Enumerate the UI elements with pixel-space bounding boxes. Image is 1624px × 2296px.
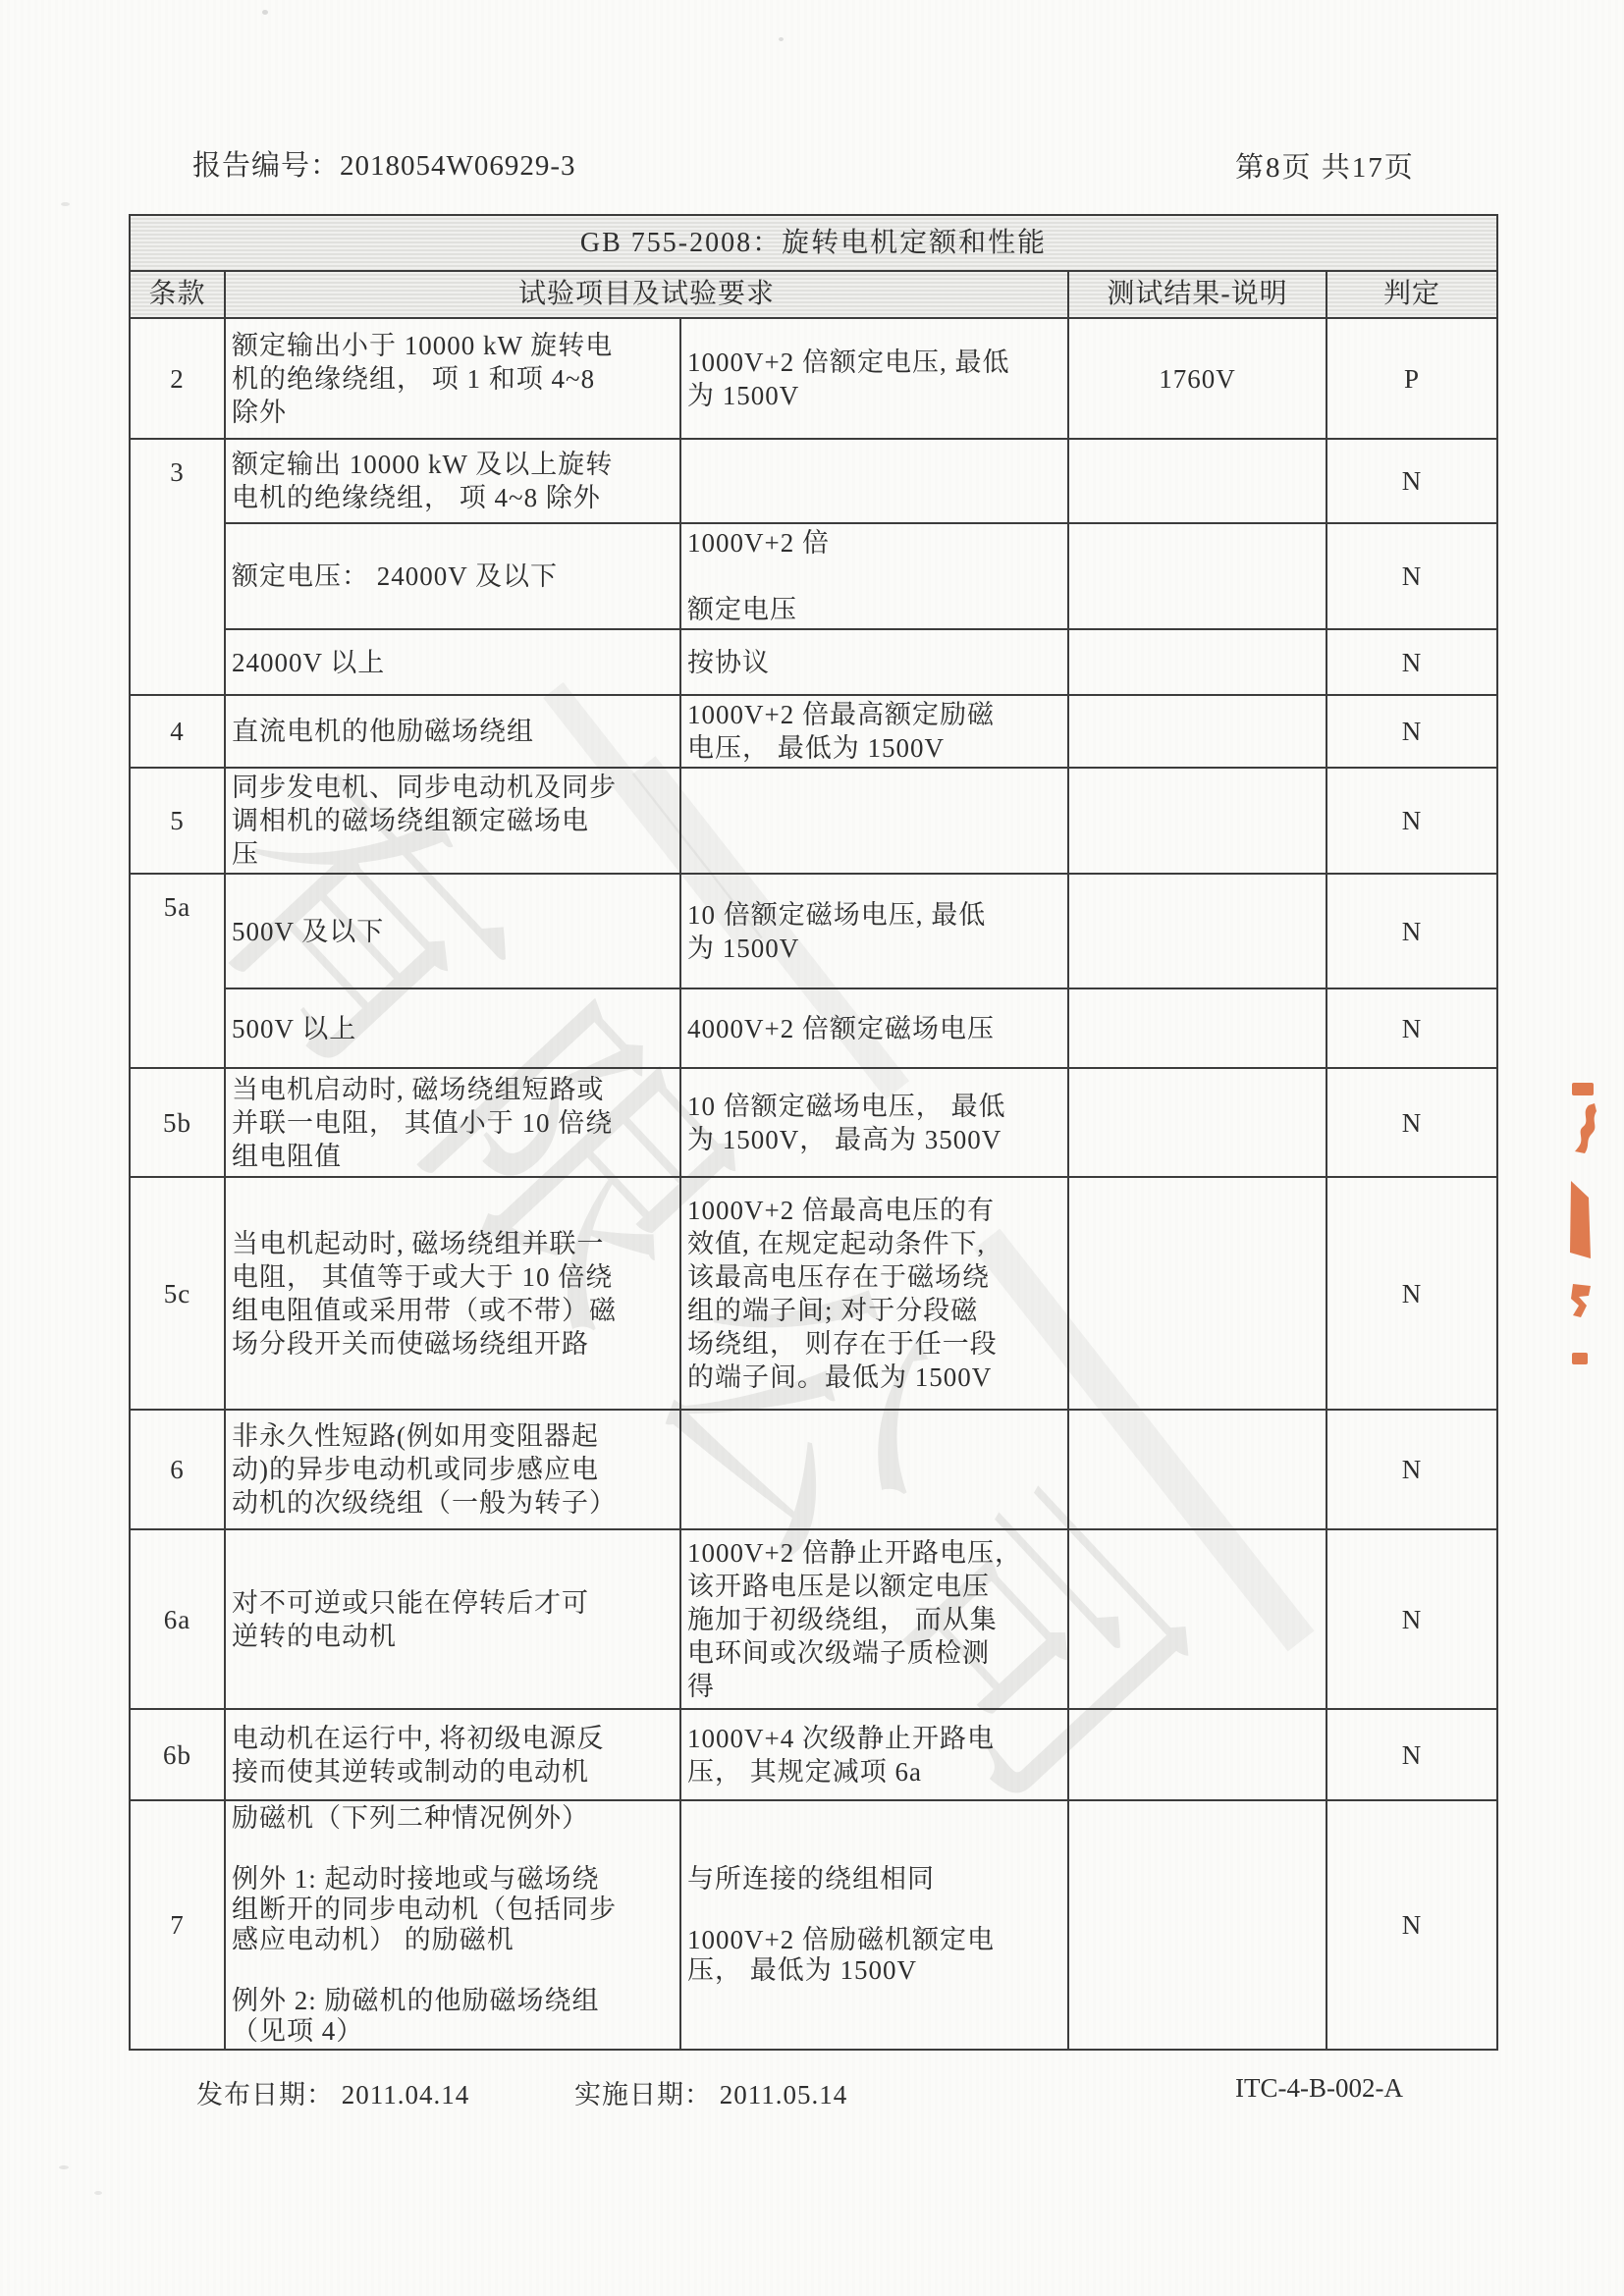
requirement-cell: 1000V+2 倍 额定电压 <box>680 523 1068 629</box>
table-title: GB 755-2008：旋转电机定额和性能 <box>130 215 1497 271</box>
scan-speck <box>262 10 268 15</box>
clause-cell: 6 <box>130 1410 225 1529</box>
table-row: 5c 当电机起动时, 磁场绕组并联一 电阻， 其值等于或大于 10 倍绕 组电阻… <box>130 1177 1497 1410</box>
item-cell: 励磁机（下列二种情况例外） 例外 1: 起动时接地或与磁场绕 组断开的同步电动机… <box>225 1800 680 2050</box>
implementation-date: 实施日期： 2011.05.14 <box>574 2073 847 2111</box>
item-cell: 24000V 以上 <box>225 629 680 695</box>
result-cell <box>1068 1068 1326 1177</box>
result-cell: 1760V <box>1068 318 1326 439</box>
requirement-cell: 10 倍额定磁场电压， 最低 为 1500V， 最高为 3500V <box>680 1068 1068 1177</box>
scanned-report-page: { "page": { "report_label": "报告编号：201805… <box>0 0 1624 2296</box>
clause-cell: 3 <box>130 439 225 695</box>
verdict-cell: N <box>1326 1709 1497 1800</box>
table-row: 6a 对不可逆或只能在停转后才可 逆转的电动机 1000V+2 倍静止开路电压，… <box>130 1529 1497 1709</box>
requirement-cell: 1000V+2 倍最高额定励磁 电压， 最低为 1500V <box>680 695 1068 768</box>
table-row: 6b 电动机在运行中, 将初级电源反 接而使其逆转或制动的电动机 1000V+4… <box>130 1709 1497 1800</box>
paging-seal-fragment-icon <box>1551 1070 1624 1384</box>
result-cell <box>1068 1177 1326 1410</box>
requirement-cell <box>680 439 1068 523</box>
clause-cell: 6b <box>130 1709 225 1800</box>
result-cell <box>1068 1410 1326 1529</box>
verdict-cell: N <box>1326 874 1497 988</box>
report-number: 报告编号：2018054W06929-3 <box>192 143 576 184</box>
item-cell: 500V 以上 <box>225 988 680 1068</box>
result-cell <box>1068 1709 1326 1800</box>
page-indicator: 第8页 共17页 <box>1235 145 1415 186</box>
clause-cell: 6a <box>130 1529 225 1709</box>
clause-cell: 5a <box>130 874 225 1068</box>
result-cell <box>1068 523 1326 629</box>
table-row: 4 直流电机的他励磁场绕组 1000V+2 倍最高额定励磁 电压， 最低为 15… <box>130 695 1497 768</box>
result-cell <box>1068 695 1326 768</box>
issue-date: 发布日期： 2011.04.14 <box>196 2073 469 2111</box>
clause-cell: 5 <box>130 768 225 874</box>
table-row: 2 额定输出小于 10000 kW 旋转电 机的绝缘绕组， 项 1 和项 4~8… <box>130 318 1497 439</box>
col-header-clause: 条款 <box>130 271 225 318</box>
requirement-cell: 与所连接的绕组相同 1000V+2 倍励磁机额定电 压， 最低为 1500V <box>680 1800 1068 2050</box>
table-row: 7 励磁机（下列二种情况例外） 例外 1: 起动时接地或与磁场绕 组断开的同步电… <box>130 1800 1497 2050</box>
table-row: 500V 以上 4000V+2 倍额定磁场电压 N <box>130 988 1497 1068</box>
table-row: 额定电压： 24000V 及以下 1000V+2 倍 额定电压 N <box>130 523 1497 629</box>
clause-cell: 7 <box>130 1800 225 2050</box>
result-cell <box>1068 874 1326 988</box>
item-cell: 当电机启动时, 磁场绕组短路或 并联一电阻， 其值小于 10 倍绕 组电阻值 <box>225 1068 680 1177</box>
table-row: 5a 500V 及以下 10 倍额定磁场电压, 最低 为 1500V N <box>130 874 1497 988</box>
item-cell: 电动机在运行中, 将初级电源反 接而使其逆转或制动的电动机 <box>225 1709 680 1800</box>
item-cell: 直流电机的他励磁场绕组 <box>225 695 680 768</box>
item-cell: 同步发电机、同步电动机及同步 调相机的磁场绕组额定磁场电 压 <box>225 768 680 874</box>
clause-cell: 5b <box>130 1068 225 1177</box>
verdict-cell: N <box>1326 988 1497 1068</box>
verdict-cell: N <box>1326 1529 1497 1709</box>
scan-speck <box>61 202 70 206</box>
table-header-row: 条款 试验项目及试验要求 测试结果-说明 判定 <box>130 271 1497 318</box>
verdict-cell: N <box>1326 768 1497 874</box>
item-cell: 额定输出 10000 kW 及以上旋转 电机的绝缘绕组， 项 4~8 除外 <box>225 439 680 523</box>
verdict-cell: N <box>1326 695 1497 768</box>
result-cell <box>1068 439 1326 523</box>
col-header-result: 测试结果-说明 <box>1068 271 1326 318</box>
requirement-cell: 1000V+2 倍额定电压, 最低 为 1500V <box>680 318 1068 439</box>
requirement-cell: 1000V+2 倍静止开路电压， 该开路电压是以额定电压 施加于初级绕组， 而从… <box>680 1529 1068 1709</box>
requirement-cell: 1000V+4 次级静止开路电 压， 其规定减项 6a <box>680 1709 1068 1800</box>
scan-speck <box>779 37 784 41</box>
item-cell: 500V 及以下 <box>225 874 680 988</box>
test-results-table: GB 755-2008：旋转电机定额和性能 条款 试验项目及试验要求 测试结果-… <box>129 214 1498 2051</box>
requirement-cell: 按协议 <box>680 629 1068 695</box>
verdict-cell: N <box>1326 629 1497 695</box>
requirement-cell <box>680 1410 1068 1529</box>
item-cell: 额定输出小于 10000 kW 旋转电 机的绝缘绕组， 项 1 和项 4~8 除… <box>225 318 680 439</box>
result-cell <box>1068 1529 1326 1709</box>
clause-cell: 4 <box>130 695 225 768</box>
table-row: 3 额定输出 10000 kW 及以上旋转 电机的绝缘绕组， 项 4~8 除外 … <box>130 439 1497 523</box>
clause-cell: 5c <box>130 1177 225 1410</box>
table-title-row: GB 755-2008：旋转电机定额和性能 <box>130 215 1497 271</box>
requirement-cell: 10 倍额定磁场电压, 最低 为 1500V <box>680 874 1068 988</box>
result-cell <box>1068 1800 1326 2050</box>
result-cell <box>1068 768 1326 874</box>
item-cell: 当电机起动时, 磁场绕组并联一 电阻， 其值等于或大于 10 倍绕 组电阻值或采… <box>225 1177 680 1410</box>
verdict-cell: N <box>1326 1800 1497 2050</box>
requirement-cell: 4000V+2 倍额定磁场电压 <box>680 988 1068 1068</box>
verdict-cell: N <box>1326 523 1497 629</box>
verdict-cell: P <box>1326 318 1497 439</box>
table-row: 6 非永久性短路(例如用变阻器起 动)的异步电动机或同步感应电 动机的次级绕组（… <box>130 1410 1497 1529</box>
document-code: ITC-4-B-002-A <box>1235 2073 1403 2104</box>
scan-speck <box>94 2191 102 2195</box>
verdict-cell: N <box>1326 1410 1497 1529</box>
table-row: 5b 当电机启动时, 磁场绕组短路或 并联一电阻， 其值小于 10 倍绕 组电阻… <box>130 1068 1497 1177</box>
item-cell: 额定电压： 24000V 及以下 <box>225 523 680 629</box>
verdict-cell: N <box>1326 1177 1497 1410</box>
result-cell <box>1068 629 1326 695</box>
result-cell <box>1068 988 1326 1068</box>
col-header-test-item: 试验项目及试验要求 <box>225 271 1068 318</box>
verdict-cell: N <box>1326 439 1497 523</box>
item-cell: 对不可逆或只能在停转后才可 逆转的电动机 <box>225 1529 680 1709</box>
scan-speck <box>59 2165 69 2169</box>
item-cell: 非永久性短路(例如用变阻器起 动)的异步电动机或同步感应电 动机的次级绕组（一般… <box>225 1410 680 1529</box>
clause-cell: 2 <box>130 318 225 439</box>
requirement-cell: 1000V+2 倍最高电压的有 效值, 在规定起动条件下, 该最高电压存在于磁场… <box>680 1177 1068 1410</box>
col-header-verdict: 判定 <box>1326 271 1497 318</box>
verdict-cell: N <box>1326 1068 1497 1177</box>
table-row: 24000V 以上 按协议 N <box>130 629 1497 695</box>
table-row: 5 同步发电机、同步电动机及同步 调相机的磁场绕组额定磁场电 压 N <box>130 768 1497 874</box>
requirement-cell <box>680 768 1068 874</box>
